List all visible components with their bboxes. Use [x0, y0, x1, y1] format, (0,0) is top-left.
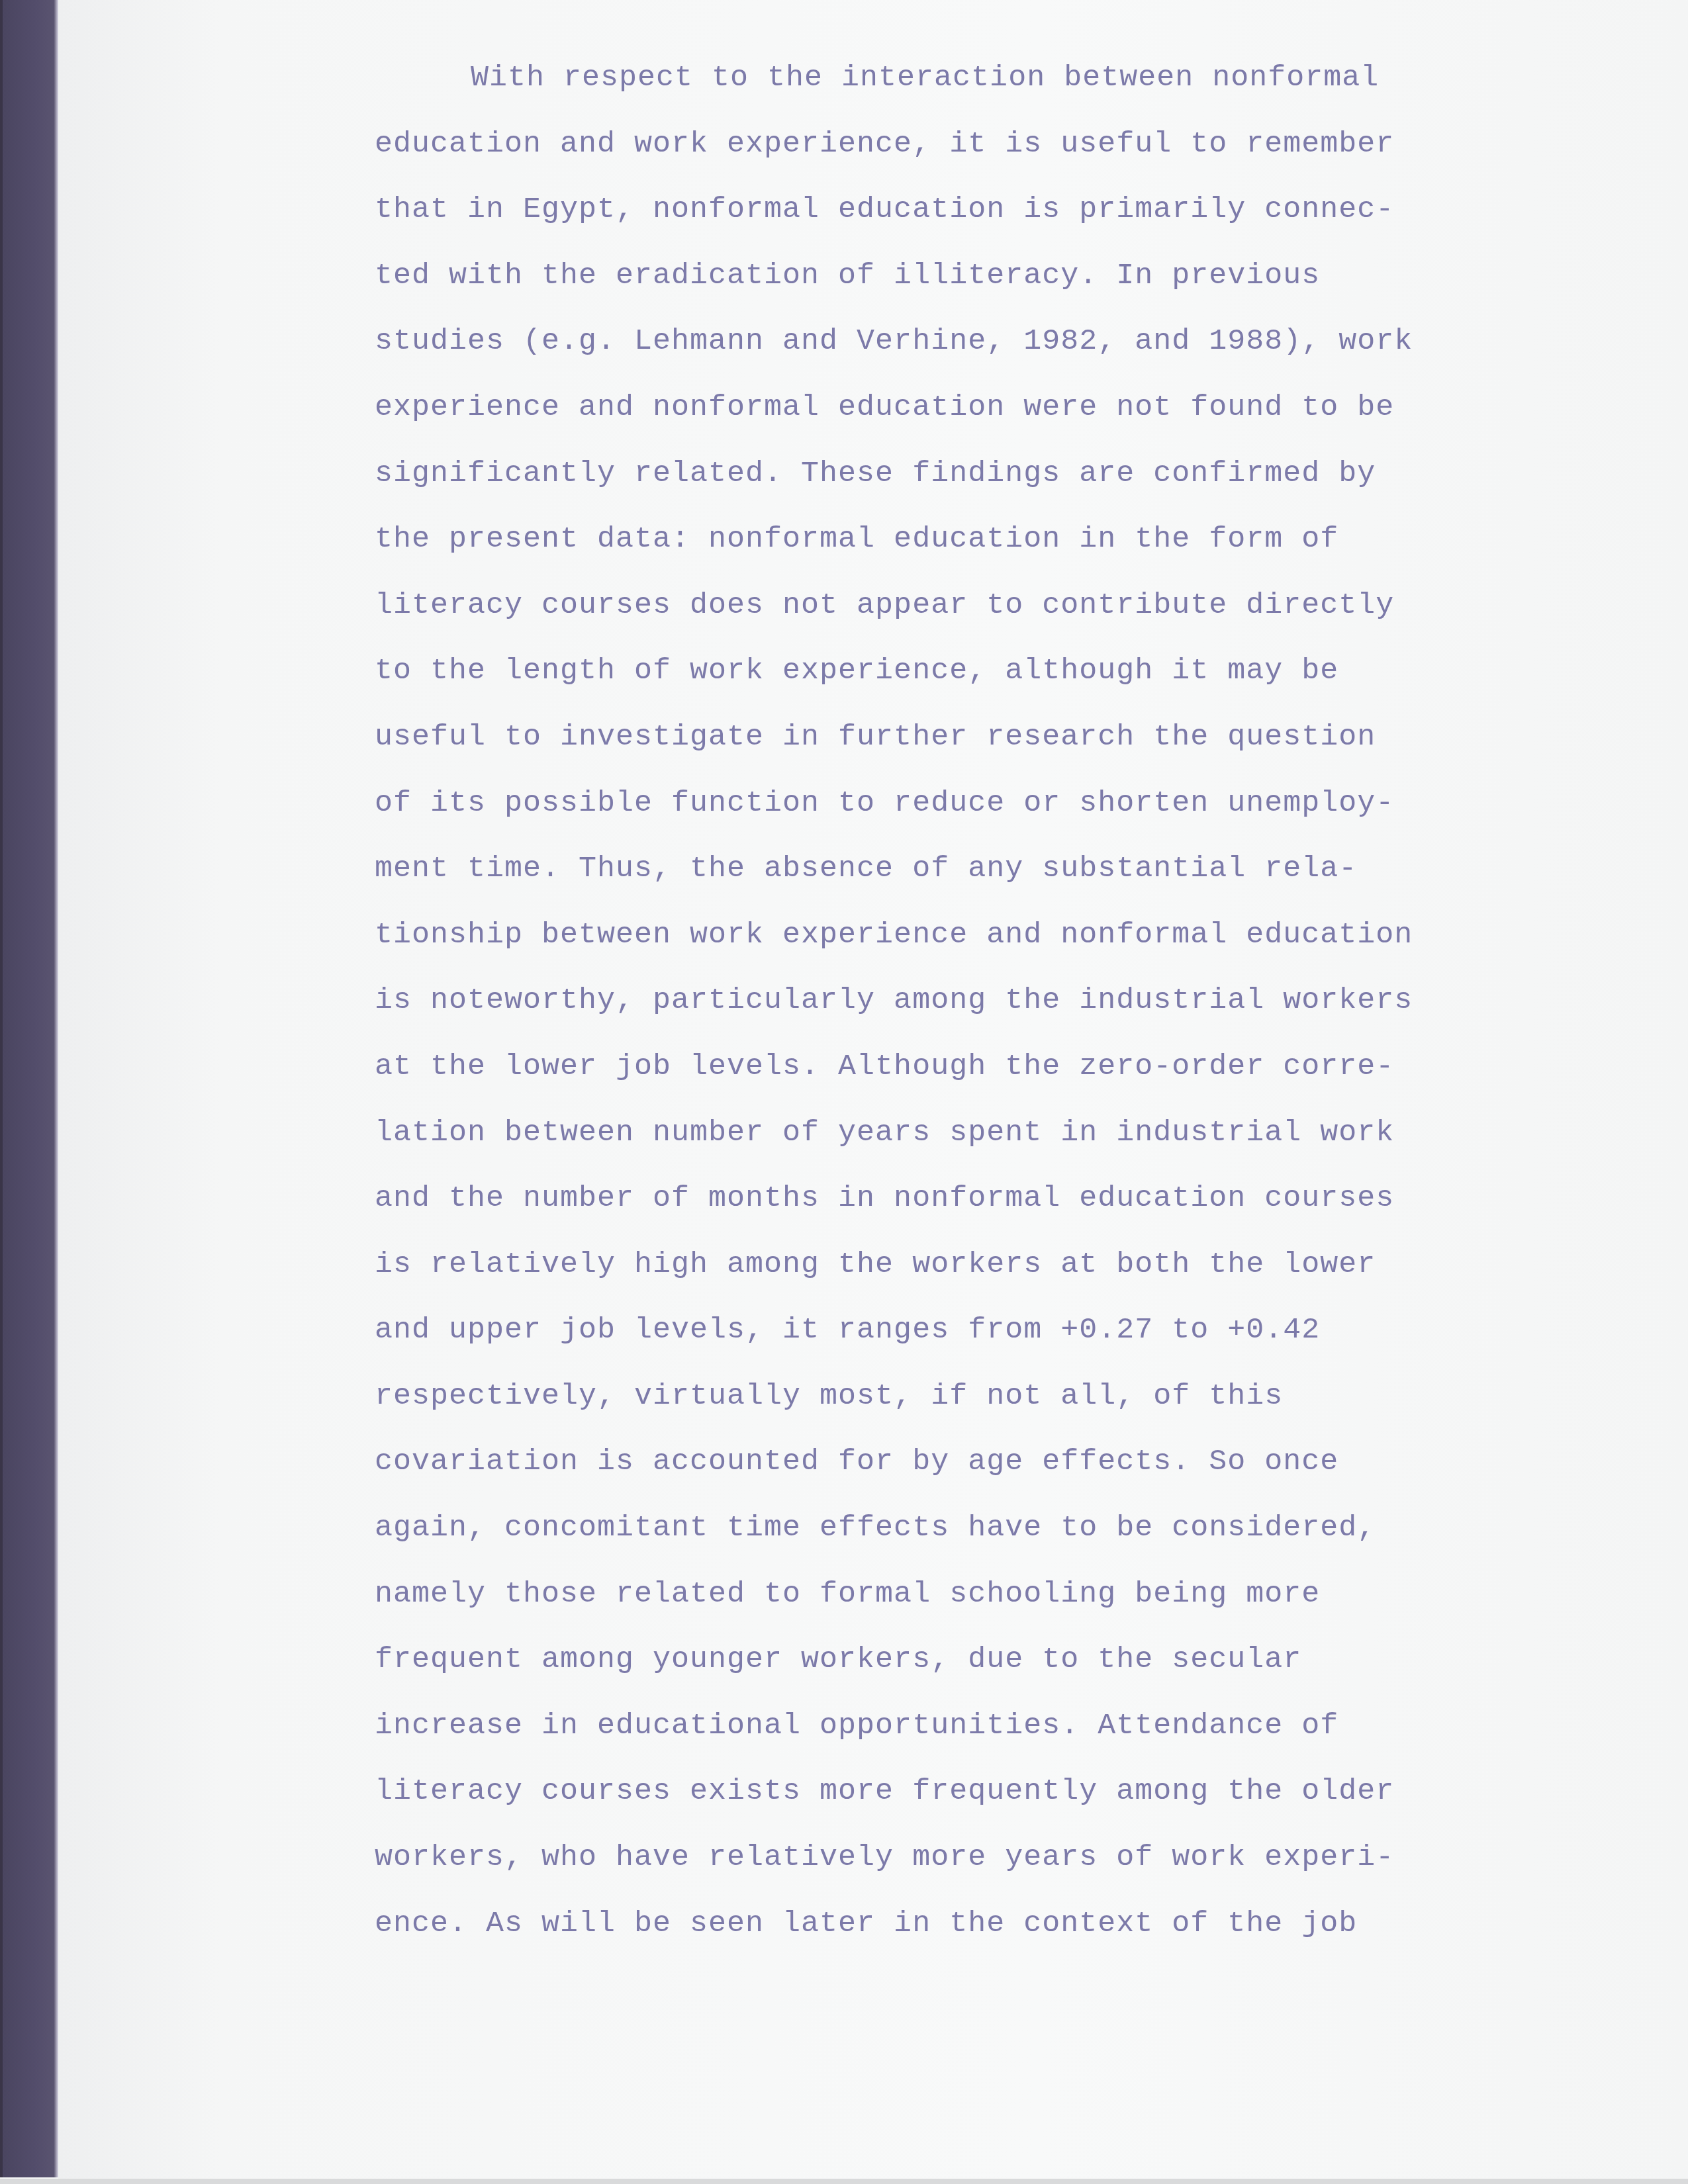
page-bottom-edge: [0, 2179, 1688, 2184]
text-line: covariation is accounted for by age effe…: [375, 1435, 1566, 1502]
text-line: ment time. Thus, the absence of any subs…: [375, 842, 1566, 909]
text-line: tionship between work experience and non…: [375, 909, 1566, 975]
text-line: namely those related to formal schooling…: [375, 1568, 1566, 1634]
text-line: and upper job levels, it ranges from +0.…: [375, 1304, 1566, 1370]
text-line: literacy courses exists more frequently …: [375, 1765, 1566, 1831]
body-paragraph: With respect to the interaction between …: [375, 52, 1566, 1963]
text-line: at the lower job levels. Although the ze…: [375, 1040, 1566, 1107]
text-line: respectively, virtually most, if not all…: [375, 1370, 1566, 1436]
text-line: to the length of work experience, althou…: [375, 645, 1566, 711]
text-line: workers, who have relatively more years …: [375, 1831, 1566, 1897]
scanned-binding-edge: [0, 0, 58, 2177]
text-line: and the number of months in nonformal ed…: [375, 1172, 1566, 1238]
text-line: of its possible function to reduce or sh…: [375, 777, 1566, 843]
text-line: literacy courses does not appear to cont…: [375, 579, 1566, 645]
text-line: is noteworthy, particularly among the in…: [375, 974, 1566, 1040]
text-line: useful to investigate in further researc…: [375, 711, 1566, 777]
text-line: increase in educational opportunities. A…: [375, 1700, 1566, 1766]
text-line: again, concomitant time effects have to …: [375, 1502, 1566, 1568]
text-line: the present data: nonformal education in…: [375, 513, 1566, 579]
text-line: ence. As will be seen later in the conte…: [375, 1897, 1566, 1964]
text-line: is relatively high among the workers at …: [375, 1238, 1566, 1304]
text-line: lation between number of years spent in …: [375, 1107, 1566, 1173]
text-line: studies (e.g. Lehmann and Verhine, 1982,…: [375, 315, 1566, 381]
text-line: that in Egypt, nonformal education is pr…: [375, 183, 1566, 250]
text-line: education and work experience, it is use…: [375, 118, 1566, 184]
text-line: frequent among younger workers, due to t…: [375, 1633, 1566, 1700]
text-line: With respect to the interaction between …: [375, 52, 1566, 118]
text-line: ted with the eradication of illiteracy. …: [375, 250, 1566, 316]
text-line: significantly related. These findings ar…: [375, 447, 1566, 514]
text-line: experience and nonformal education were …: [375, 381, 1566, 447]
